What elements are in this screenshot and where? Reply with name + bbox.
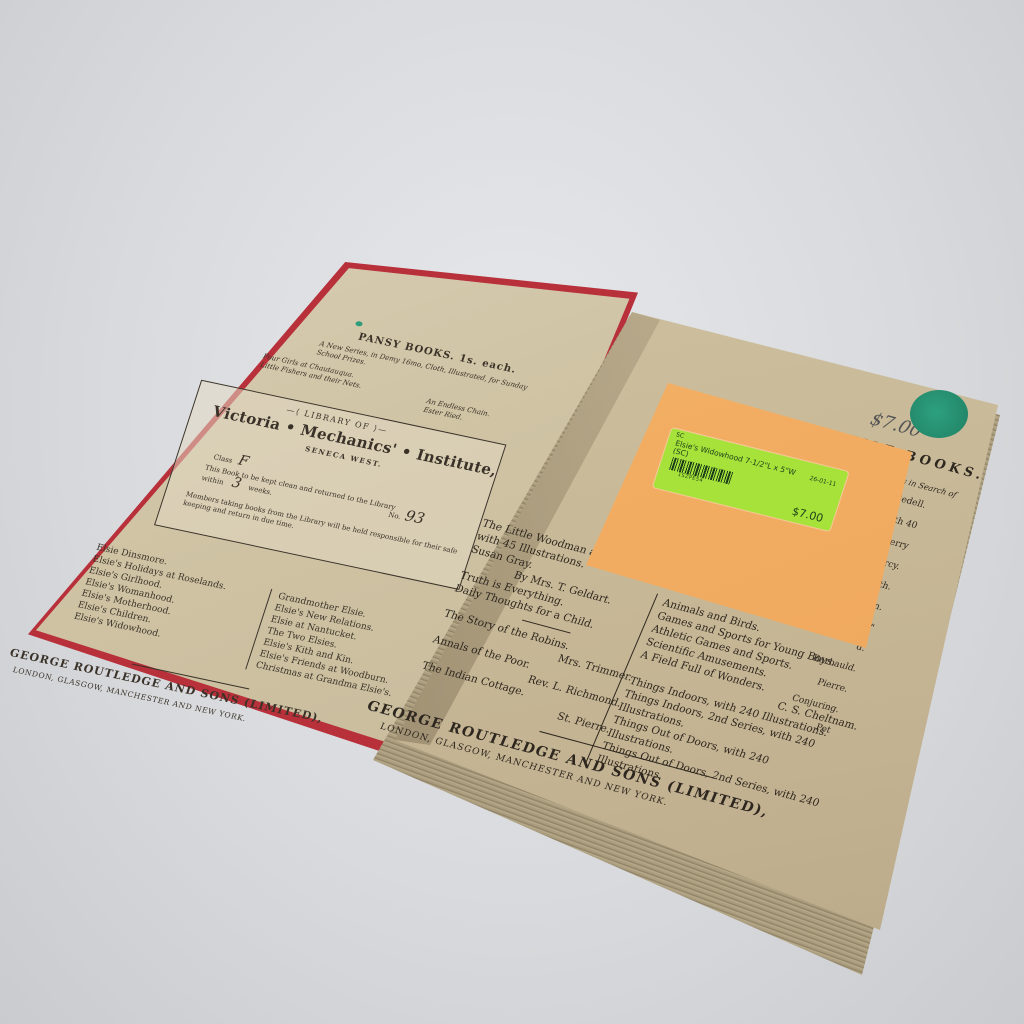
elsie-list-2: Grandmother Elsie. Elsie's New Relations… <box>245 589 416 700</box>
small-green-dot <box>355 321 363 327</box>
elsie-list-1: Elsie Dinsmore. Elsie's Holidays at Rose… <box>72 542 231 651</box>
photo-scene: PANSY BOOKS. 1s. each. A New Series, in … <box>0 0 1024 1024</box>
price-tag-date: 26-01-11 <box>809 475 838 488</box>
green-dot-sticker <box>910 390 968 438</box>
price-tag-price: $7.00 <box>790 505 825 525</box>
